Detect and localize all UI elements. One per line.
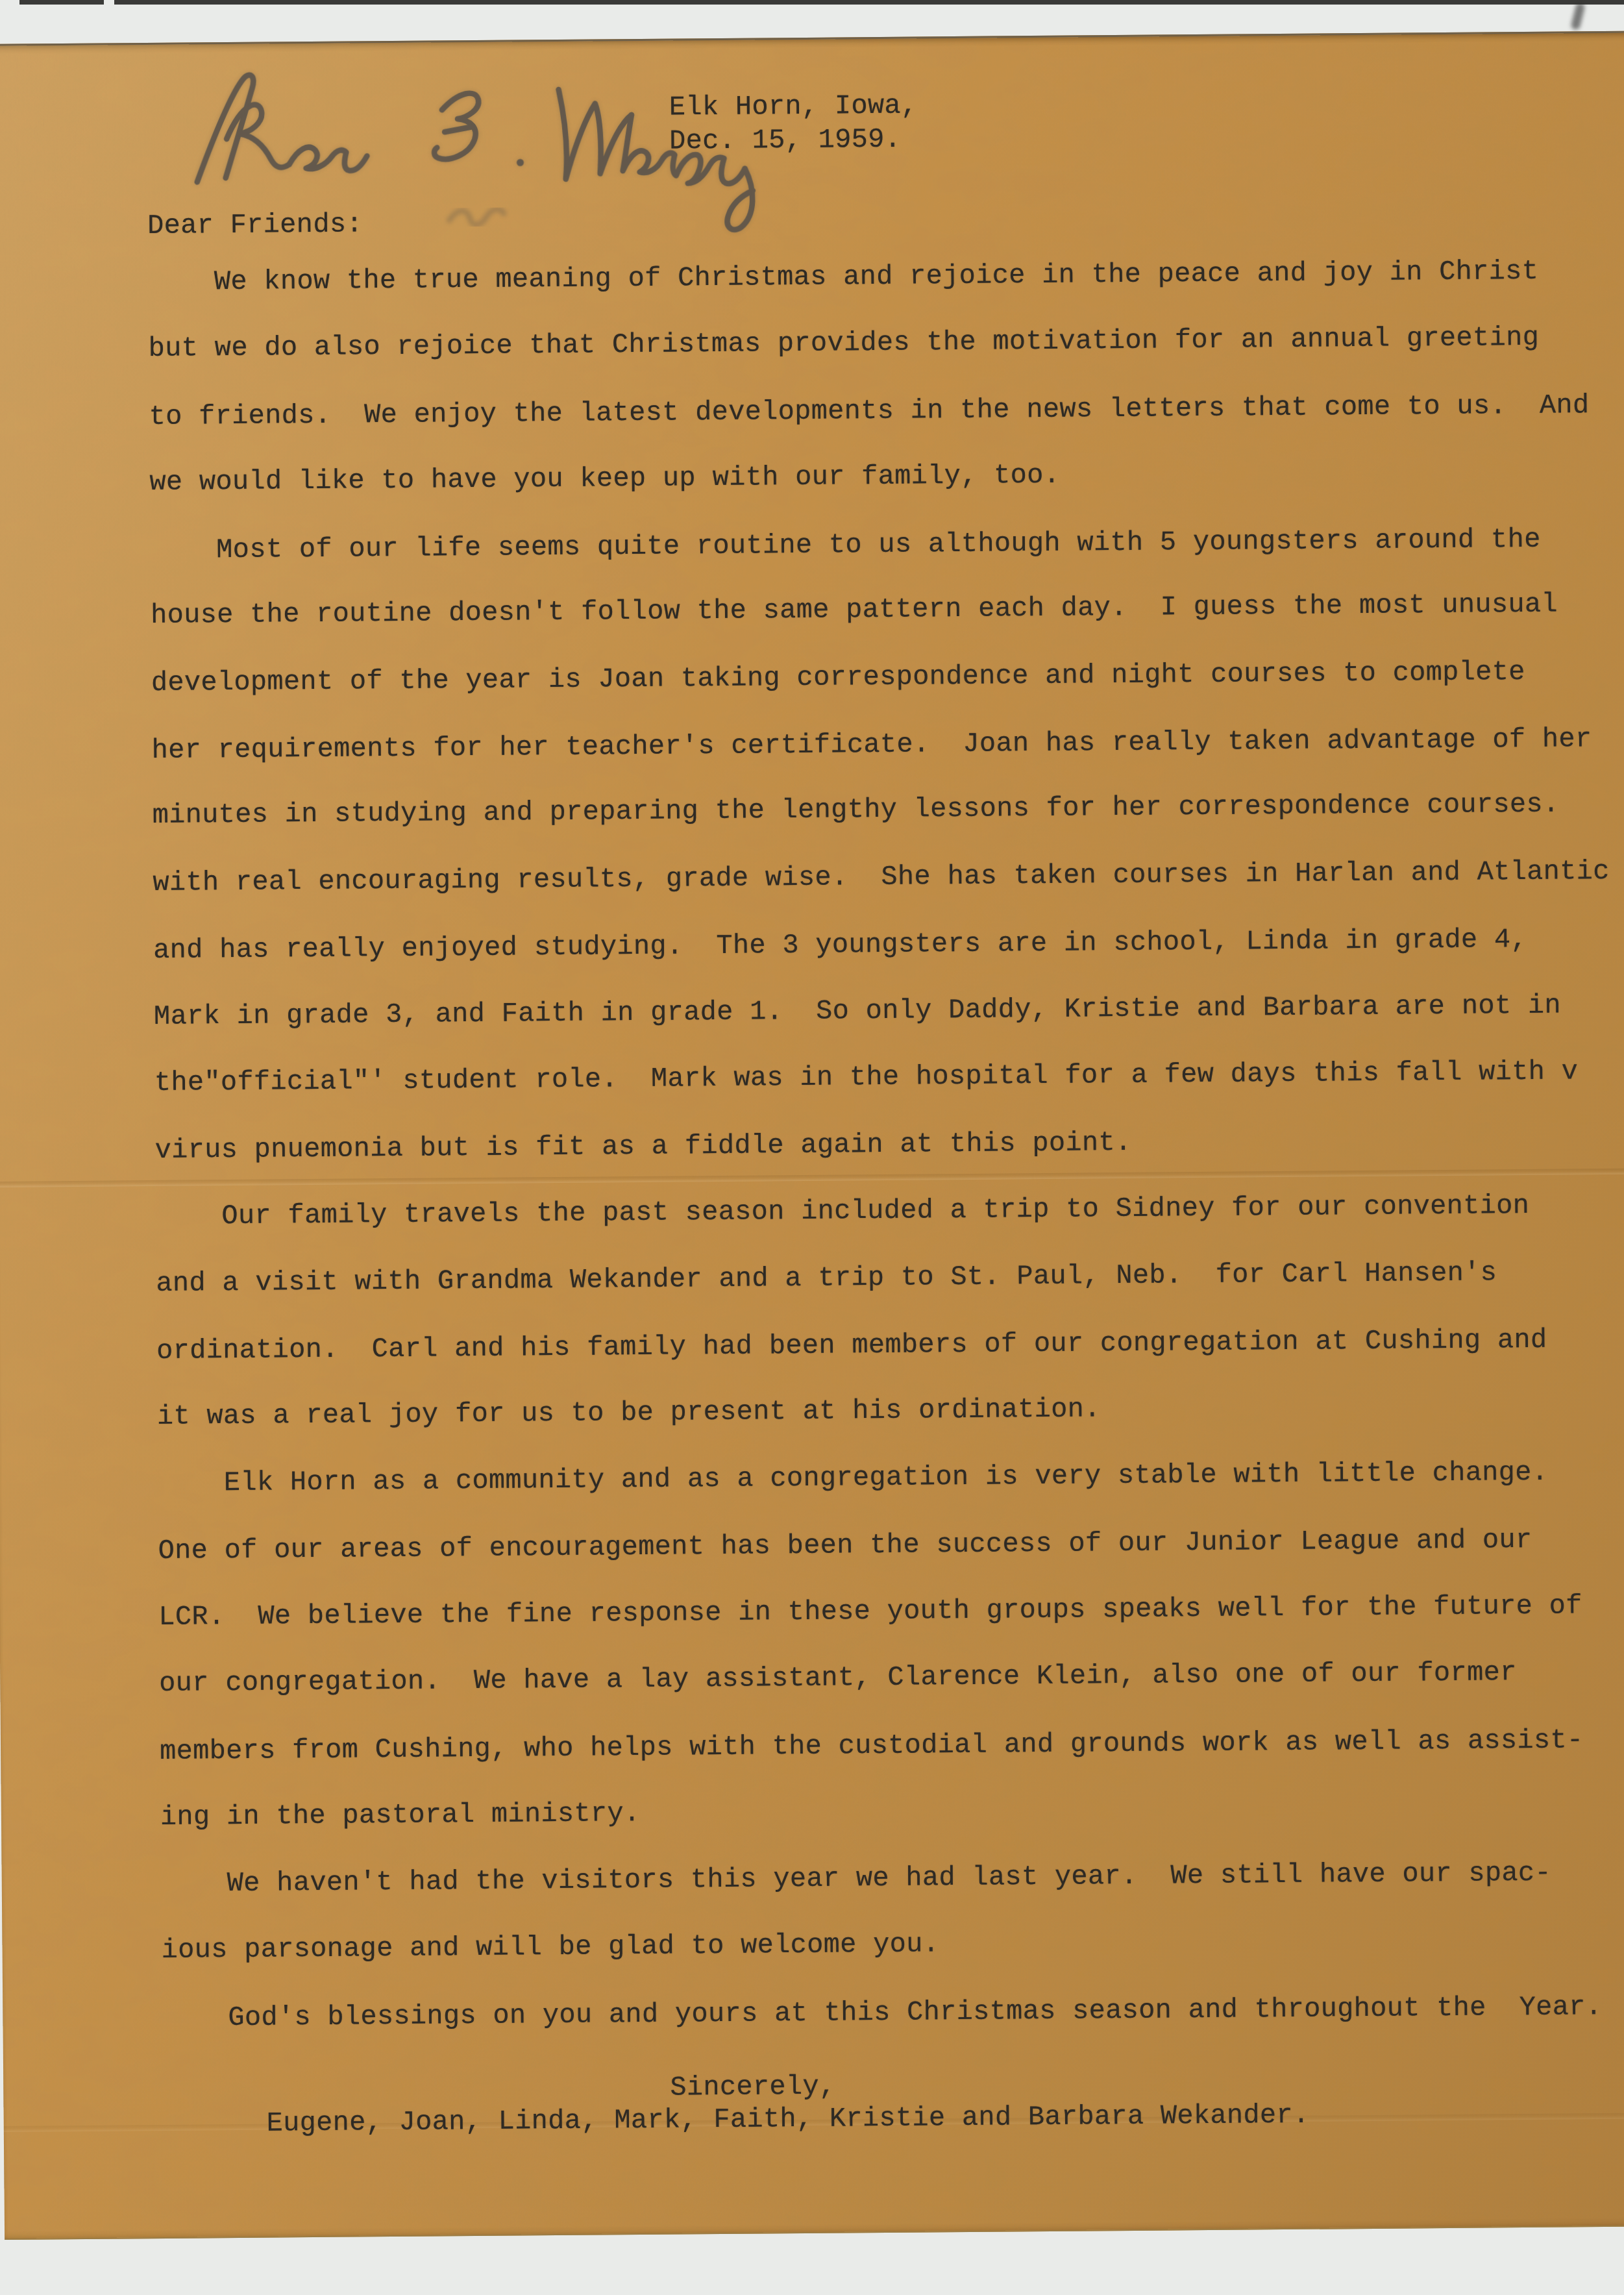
- body-line: virus pnuemonia but is fit as a fiddle a…: [155, 1128, 1132, 1166]
- scanned-letter: Elk Horn, Iowa, Dec. 15, 1959. Dear Frie…: [0, 0, 1624, 2295]
- closing-line: Sincerely,: [670, 2072, 835, 2103]
- body-line: it was a real joy for us to be present a…: [157, 1394, 1101, 1432]
- letter-body: We know the true meaning of Christmas an…: [0, 33, 1624, 46]
- body-line: her requirements for her teacher's certi…: [152, 724, 1592, 766]
- body-line: to friends. We enjoy the latest developm…: [149, 390, 1589, 432]
- body-line: Our family travels the past season inclu…: [155, 1191, 1529, 1232]
- body-line: minutes in studying and preparing the le…: [152, 789, 1559, 831]
- place-line: Elk Horn, Iowa,: [669, 90, 918, 123]
- body-line: One of our areas of encouragement has be…: [158, 1525, 1532, 1567]
- date-line: Dec. 15, 1959.: [669, 125, 901, 157]
- fold-crease: [0, 1169, 1624, 1187]
- body-line: and has really enjoyed studying. The 3 y…: [153, 924, 1527, 966]
- body-line: ordination. Carl and his family had been…: [156, 1325, 1547, 1367]
- body-line: Mark in grade 3, and Faith in grade 1. S…: [154, 990, 1561, 1032]
- body-line: We know the true meaning of Christmas an…: [148, 256, 1539, 298]
- body-line: God's blessings on you and yours at this…: [162, 1992, 1602, 2034]
- body-line: but we do also rejoice that Christmas pr…: [149, 323, 1540, 364]
- body-line: with real encouraging results, grade wis…: [153, 856, 1610, 899]
- body-line: development of the year is Joan taking c…: [151, 657, 1525, 699]
- body-line: Most of our life seems quite routine to …: [150, 525, 1541, 566]
- body-line: Elk Horn as a community and as a congreg…: [158, 1458, 1549, 1499]
- body-line: the"official"' student role. Mark was in…: [154, 1056, 1579, 1098]
- body-line: LCR. We believe the fine response in the…: [158, 1591, 1582, 1633]
- body-line: members from Cushing, who helps with the…: [160, 1725, 1584, 1767]
- body-line: ious parsonage and will be glad to welco…: [161, 1929, 939, 1966]
- signers-line: Eugene, Joan, Linda, Mark, Faith, Kristi…: [267, 2100, 1310, 2139]
- body-line: house the routine doesn't follow the sam…: [151, 589, 1558, 631]
- salutation: Dear Friends:: [147, 209, 363, 242]
- body-line: ing in the pastoral ministry.: [160, 1798, 641, 1833]
- body-line: and a visit with Grandma Wekander and a …: [156, 1258, 1497, 1299]
- body-line: our congregation. We have a lay assistan…: [159, 1657, 1517, 1699]
- body-line: We haven't had the visitors this year we…: [161, 1858, 1552, 1900]
- body-line: we would like to have you keep up with o…: [149, 460, 1060, 498]
- scanner-edge-notch: [104, 0, 114, 5]
- scanner-edge-strip: [19, 0, 1624, 5]
- letter-page: Elk Horn, Iowa, Dec. 15, 1959. Dear Frie…: [0, 31, 1624, 2240]
- corner-smudge-mark: [1570, 2, 1586, 31]
